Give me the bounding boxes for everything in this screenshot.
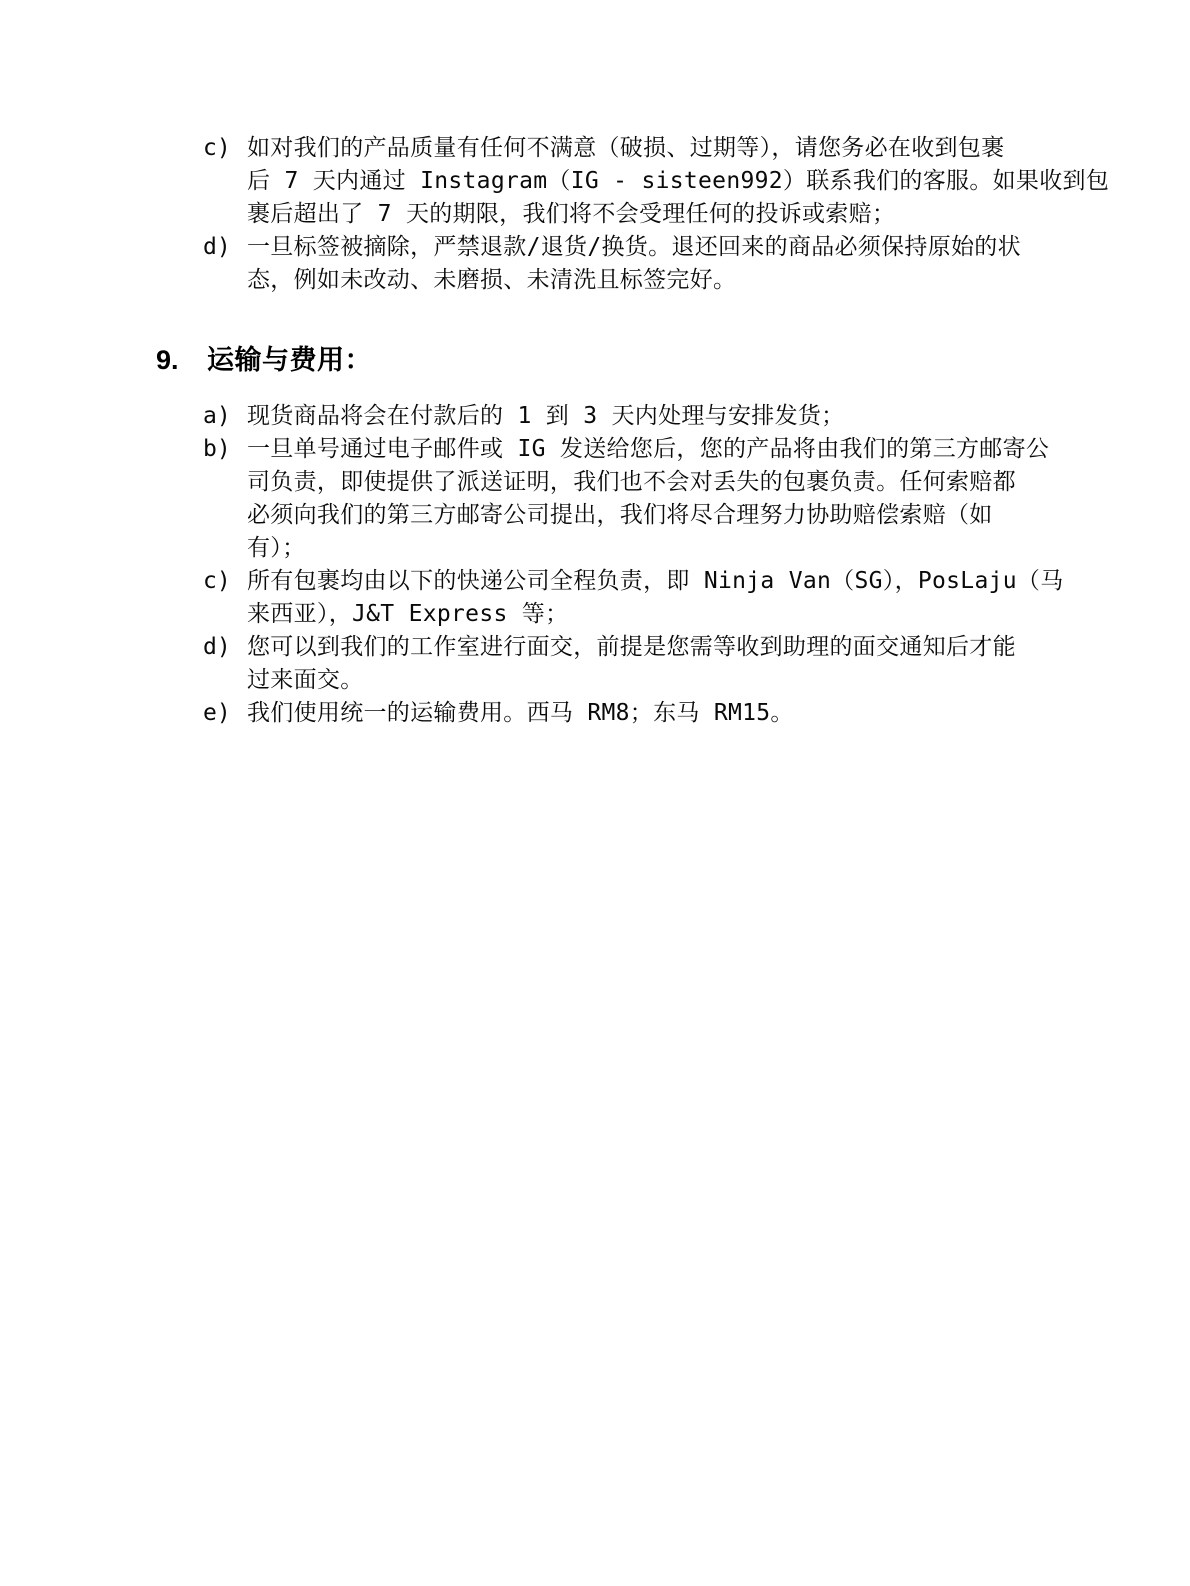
list-item-marker: d): [203, 631, 247, 664]
list-item-text: 所有包裹均由以下的快递公司全程负责，即 Ninja Van（SG），PosLaj…: [247, 565, 1062, 631]
list-item-marker: a): [203, 400, 247, 433]
list-item-marker: d): [203, 231, 247, 264]
list-item-text: 一旦标签被摘除，严禁退款/退货/换货。退还回来的商品必须保持原始的状 态，例如未…: [247, 231, 1021, 297]
list-item-c: c) 如对我们的产品质量有任何不满意（破损、过期等），请您务必在收到包裹 后 7…: [0, 132, 1190, 231]
text-line: 如对我们的产品质量有任何不满意（破损、过期等），请您务必在收到包裹: [247, 132, 1062, 165]
section-number: 9.: [156, 340, 207, 380]
text-line: 一旦单号通过电子邮件或 IG 发送给您后，您的产品将由我们的第三方邮寄公: [247, 433, 1049, 466]
section-title: 运输与费用：: [207, 340, 372, 380]
document-page: c) 如对我们的产品质量有任何不满意（破损、过期等），请您务必在收到包裹 后 7…: [0, 0, 1190, 1586]
text-line: 过来面交。: [247, 664, 1016, 697]
section-heading: 9. 运输与费用：: [0, 340, 1190, 380]
list-item-marker: e): [203, 697, 247, 730]
list-item-d: d) 您可以到我们的工作室进行面交，前提是您需等收到助理的面交通知后才能 过来面…: [0, 631, 1190, 697]
list-item-b: b) 一旦单号通过电子邮件或 IG 发送给您后，您的产品将由我们的第三方邮寄公 …: [0, 433, 1190, 565]
list-item-text: 如对我们的产品质量有任何不满意（破损、过期等），请您务必在收到包裹 后 7 天内…: [247, 132, 1062, 231]
text-line: 所有包裹均由以下的快递公司全程负责，即 Ninja Van（SG），PosLaj…: [247, 565, 1062, 598]
text-line: 有）；: [247, 532, 1049, 565]
list-item-a: a) 现货商品将会在付款后的 1 到 3 天内处理与安排发货；: [0, 400, 1190, 433]
list-item-c: c) 所有包裹均由以下的快递公司全程负责，即 Ninja Van（SG），Pos…: [0, 565, 1190, 631]
list-item-marker: c): [203, 132, 247, 165]
list-item-e: e) 我们使用统一的运输费用。西马 RM8；东马 RM15。: [0, 697, 1190, 730]
text-line: 现货商品将会在付款后的 1 到 3 天内处理与安排发货；: [247, 400, 844, 433]
list-item-text: 一旦单号通过电子邮件或 IG 发送给您后，您的产品将由我们的第三方邮寄公 司负责…: [247, 433, 1049, 565]
text-line: 后 7 天内通过 Instagram（IG - sisteen992）联系我们的…: [247, 165, 1062, 198]
text-line: 司负责，即使提供了派送证明，我们也不会对丢失的包裹负责。任何索赔都: [247, 466, 1049, 499]
text-line: 裹后超出了 7 天的期限，我们将不会受理任何的投诉或索赔；: [247, 198, 1062, 231]
text-line: 必须向我们的第三方邮寄公司提出，我们将尽合理努力协助赔偿索赔（如: [247, 499, 1049, 532]
list-item-marker: b): [203, 433, 247, 466]
list-item-marker: c): [203, 565, 247, 598]
text-line: 来西亚），J&T Express 等；: [247, 598, 1062, 631]
text-line: 我们使用统一的运输费用。西马 RM8；东马 RM15。: [247, 697, 794, 730]
text-line: 您可以到我们的工作室进行面交，前提是您需等收到助理的面交通知后才能: [247, 631, 1016, 664]
terms-continuation-list: c) 如对我们的产品质量有任何不满意（破损、过期等），请您务必在收到包裹 后 7…: [0, 132, 1190, 297]
list-item-text: 我们使用统一的运输费用。西马 RM8；东马 RM15。: [247, 697, 794, 730]
text-line: 一旦标签被摘除，严禁退款/退货/换货。退还回来的商品必须保持原始的状: [247, 231, 1021, 264]
list-item-text: 您可以到我们的工作室进行面交，前提是您需等收到助理的面交通知后才能 过来面交。: [247, 631, 1016, 697]
shipping-fees-list: a) 现货商品将会在付款后的 1 到 3 天内处理与安排发货； b) 一旦单号通…: [0, 400, 1190, 730]
list-item-text: 现货商品将会在付款后的 1 到 3 天内处理与安排发货；: [247, 400, 844, 433]
list-item-d: d) 一旦标签被摘除，严禁退款/退货/换货。退还回来的商品必须保持原始的状 态，…: [0, 231, 1190, 297]
text-line: 态，例如未改动、未磨损、未清洗且标签完好。: [247, 264, 1021, 297]
